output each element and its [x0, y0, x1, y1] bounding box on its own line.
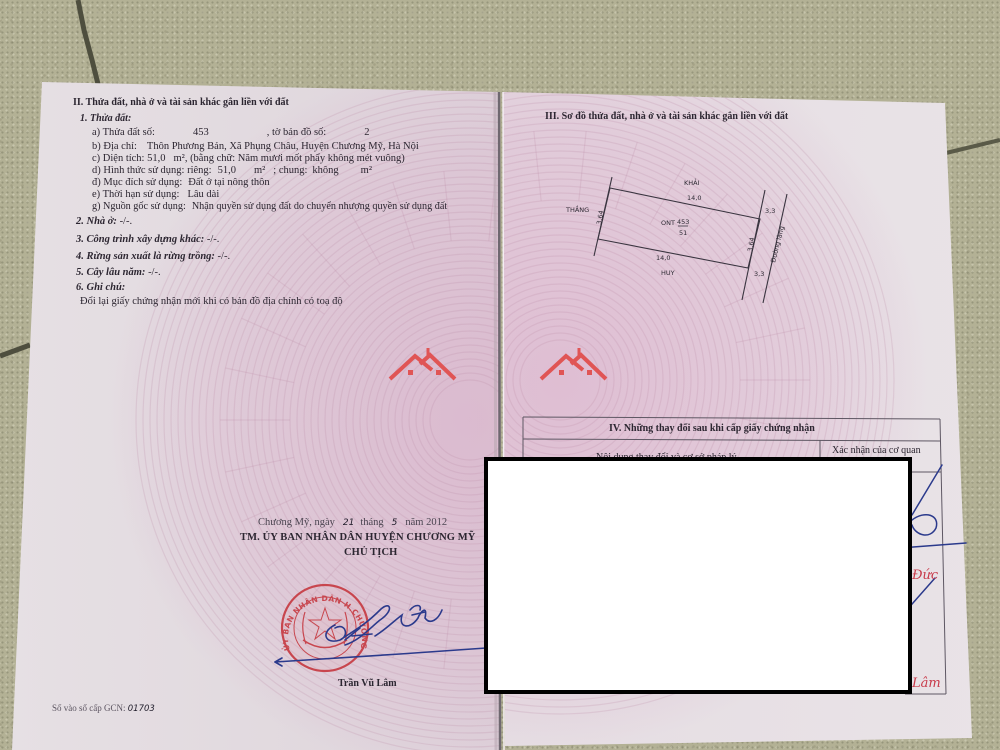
document-photo: II. Thửa đất, nhà ở và tài sản khác gắn … [0, 0, 1000, 750]
redaction-box [484, 457, 912, 694]
signature-fragment-lam: Lâm [912, 676, 941, 691]
col-confirmation-header: Xác nhận của cơ quan [832, 445, 921, 457]
changes-table-title: IV. Những thay đổi sau khi cấp giấy chứn… [609, 423, 815, 435]
signature-fragment-duc: Đức [912, 568, 938, 583]
